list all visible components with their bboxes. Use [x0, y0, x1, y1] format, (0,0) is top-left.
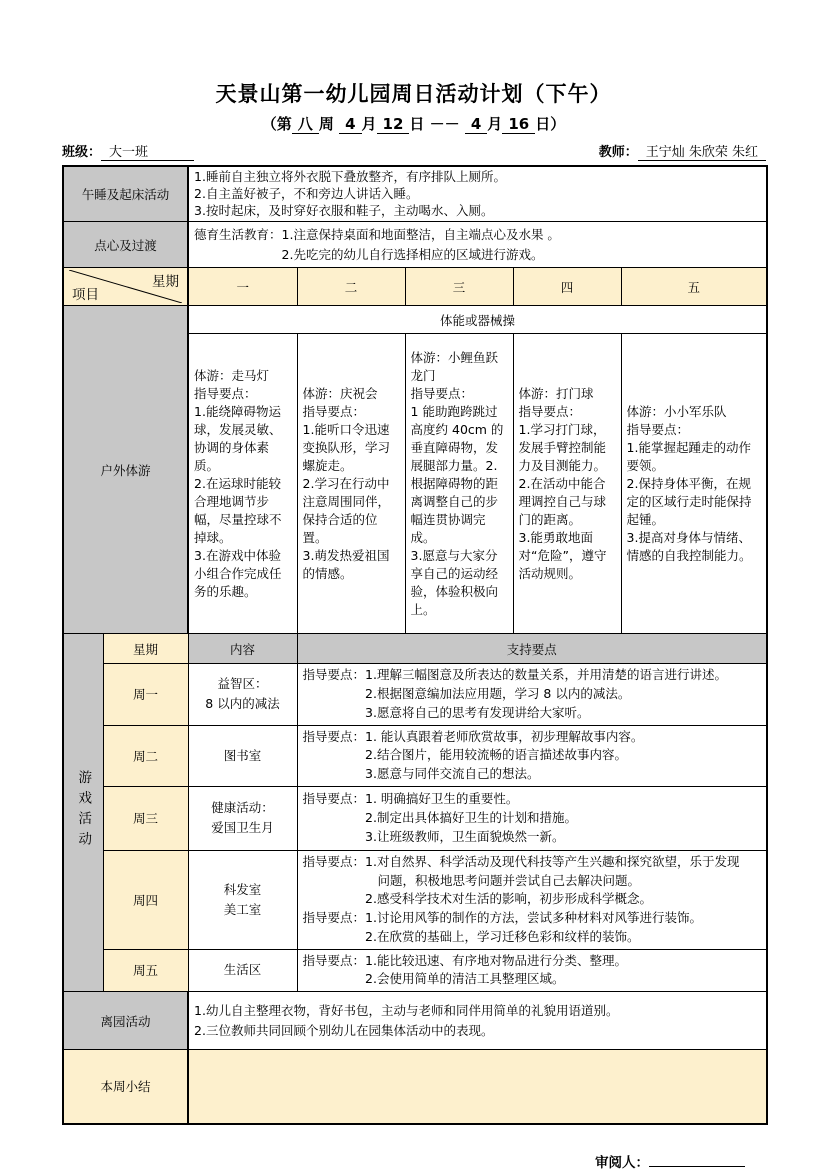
games-content-fri: 生活区 [188, 949, 297, 992]
day-header-tue: 二 [297, 268, 405, 306]
outdoor-mon: 体游：走马灯 指导要点： 1.能绕障碍物运球，发展灵敏、协调的身体素质。 2.在… [188, 334, 297, 634]
exercise-row: 户外体游 体能或器械操 [63, 306, 767, 334]
week-header-label: 星期 [152, 270, 179, 290]
exercise-cell: 体能或器械操 [188, 306, 767, 334]
summary-row-content [188, 1050, 767, 1124]
subtitle-month-label-2: 月 [487, 115, 502, 133]
subtitle-month-label-1: 月 [362, 115, 377, 133]
subtitle-separator: 日 －－ [409, 115, 459, 133]
games-section-label-text: 游戏活动 [73, 770, 93, 852]
subtitle-suffix: 日） [535, 115, 565, 133]
summary-row: 本周小结 [63, 1050, 767, 1124]
games-support-wed: 指导要点：1. 明确搞好卫生的重要性。 2.制定出具体搞好卫生的计划和措施。 3… [297, 786, 767, 850]
outdoor-wed: 体游：小鲤鱼跃龙门 指导要点： 1 能助跑跨跳过高度约 40cm 的垂直障碍物，… [405, 334, 513, 634]
games-row-mon: 周一 益智区： 8 以内的减法 指导要点：1.理解三幅图意及所表达的数量关系，并… [63, 664, 767, 725]
subtitle-week-suffix: 周 [319, 115, 334, 133]
outdoor-section-label: 户外体游 [63, 306, 188, 634]
games-section-label: 游戏活动 [63, 634, 103, 992]
class-field: 班级：大一班 [62, 141, 194, 160]
day-header-row: 星期 项目 一 二 三 四 五 [63, 268, 767, 306]
nap-row-label: 午睡及起床活动 [63, 166, 188, 222]
games-col-content: 内容 [188, 634, 297, 664]
leave-row-content: 1.幼儿自主整理衣物，背好书包，主动与老师和同伴用简单的礼貌用语道别。 2.三位… [188, 992, 767, 1050]
games-row-wed: 周三 健康活动： 爱国卫生月 指导要点：1. 明确搞好卫生的重要性。 2.制定出… [63, 786, 767, 850]
nap-row: 午睡及起床活动 1.睡前自主独立将外衣脱下叠放整齐，有序排队上厕所。 2.自主盖… [63, 166, 767, 222]
games-col-week: 星期 [103, 634, 188, 664]
class-value: 大一班 [101, 145, 194, 161]
snack-row-label: 点心及过渡 [63, 222, 188, 268]
item-header-label: 项目 [72, 283, 99, 303]
games-col-support: 支持要点 [297, 634, 767, 664]
games-support-mon: 指导要点：1.理解三幅图意及所表达的数量关系，并用清楚的语言进行讲述。 2.根据… [297, 664, 767, 725]
games-day-tue: 周二 [103, 725, 188, 786]
snack-row-content: 德育生活教育：1.注意保持桌面和地面整洁，自主端点心及水果 。 2.先吃完的幼儿… [188, 222, 767, 268]
reviewer-row: 审阅人： [0, 1151, 745, 1170]
activity-plan-table: 午睡及起床活动 1.睡前自主独立将外衣脱下叠放整齐，有序排队上厕所。 2.自主盖… [62, 165, 768, 1125]
games-support-fri: 指导要点：1.能比较迅速、有序地对物品进行分类、整理。 2.会使用简单的清洁工具… [297, 949, 767, 992]
nap-row-content: 1.睡前自主独立将外衣脱下叠放整齐，有序排队上厕所。 2.自主盖好被子，不和旁边… [188, 166, 767, 222]
games-content-mon: 益智区： 8 以内的减法 [188, 664, 297, 725]
day-header-wed: 三 [405, 268, 513, 306]
games-day-thu: 周四 [103, 850, 188, 949]
reviewer-label: 审阅人： [595, 1155, 649, 1170]
games-row-thu: 周四 科发室 美工室 指导要点：1.对自然界、科学活动及现代科技等产生兴趣和探究… [63, 850, 767, 949]
games-day-fri: 周五 [103, 949, 188, 992]
day-header-thu: 四 [513, 268, 621, 306]
start-month: 4 [339, 115, 361, 134]
games-header-row: 游戏活动 星期 内容 支持要点 [63, 634, 767, 664]
subtitle-prefix: （第 [262, 115, 292, 133]
document-page: 天景山第一幼儿园周日活动计划（下午） （第八周 4月12日 －－ 4月16日） … [0, 0, 827, 1170]
outdoor-thu: 体游：打门球 指导要点： 1.学习打门球，发展手臂控制能力及目测能力。 2.在活… [513, 334, 621, 634]
day-header-fri: 五 [621, 268, 767, 306]
games-content-thu: 科发室 美工室 [188, 850, 297, 949]
day-header-mon: 一 [188, 268, 297, 306]
games-support-thu: 指导要点：1.对自然界、科学活动及现代科技等产生兴趣和探究欲望，乐于发现 问题，… [297, 850, 767, 949]
end-month: 4 [465, 115, 487, 134]
games-support-tue: 指导要点：1. 能认真跟着老师欣赏故事，初步理解故事内容。 2.结合图片，能用较… [297, 725, 767, 786]
reviewer-blank-line [649, 1152, 745, 1167]
week-item-header-cell: 星期 项目 [63, 268, 188, 306]
teacher-value: 王宁灿 朱欣荣 朱红 [638, 145, 766, 161]
diagonal-cell: 星期 项目 [69, 270, 182, 303]
games-row-fri: 周五 生活区 指导要点：1.能比较迅速、有序地对物品进行分类、整理。 2.会使用… [63, 949, 767, 992]
week-number: 八 [292, 115, 319, 134]
outdoor-tue: 体游：庆祝会 指导要点： 1.能听口令迅速变换队形，学习螺旋走。 2.学习在行动… [297, 334, 405, 634]
end-day: 16 [502, 115, 535, 134]
subtitle: （第八周 4月12日 －－ 4月16日） [0, 113, 827, 134]
teacher-label: 教师： [599, 145, 638, 160]
leave-row: 离园活动 1.幼儿自主整理衣物，背好书包，主动与老师和同伴用简单的礼貌用语道别。… [63, 992, 767, 1050]
leave-row-label: 离园活动 [63, 992, 188, 1050]
summary-row-label: 本周小结 [63, 1050, 188, 1124]
games-day-mon: 周一 [103, 664, 188, 725]
games-row-tue: 周二 图书室 指导要点：1. 能认真跟着老师欣赏故事，初步理解故事内容。 2.结… [63, 725, 767, 786]
games-day-wed: 周三 [103, 786, 188, 850]
class-label: 班级： [62, 145, 101, 160]
teacher-field: 教师：王宁灿 朱欣荣 朱红 [599, 141, 766, 160]
games-content-tue: 图书室 [188, 725, 297, 786]
info-row: 班级：大一班 教师：王宁灿 朱欣荣 朱红 [62, 141, 766, 160]
outdoor-fri: 体游：小小军乐队 指导要点： 1.能掌握起踵走的动作要领。 2.保持身体平衡，在… [621, 334, 767, 634]
start-day: 12 [377, 115, 410, 134]
snack-row: 点心及过渡 德育生活教育：1.注意保持桌面和地面整洁，自主端点心及水果 。 2.… [63, 222, 767, 268]
page-title: 天景山第一幼儿园周日活动计划（下午） [0, 0, 827, 108]
games-content-wed: 健康活动： 爱国卫生月 [188, 786, 297, 850]
